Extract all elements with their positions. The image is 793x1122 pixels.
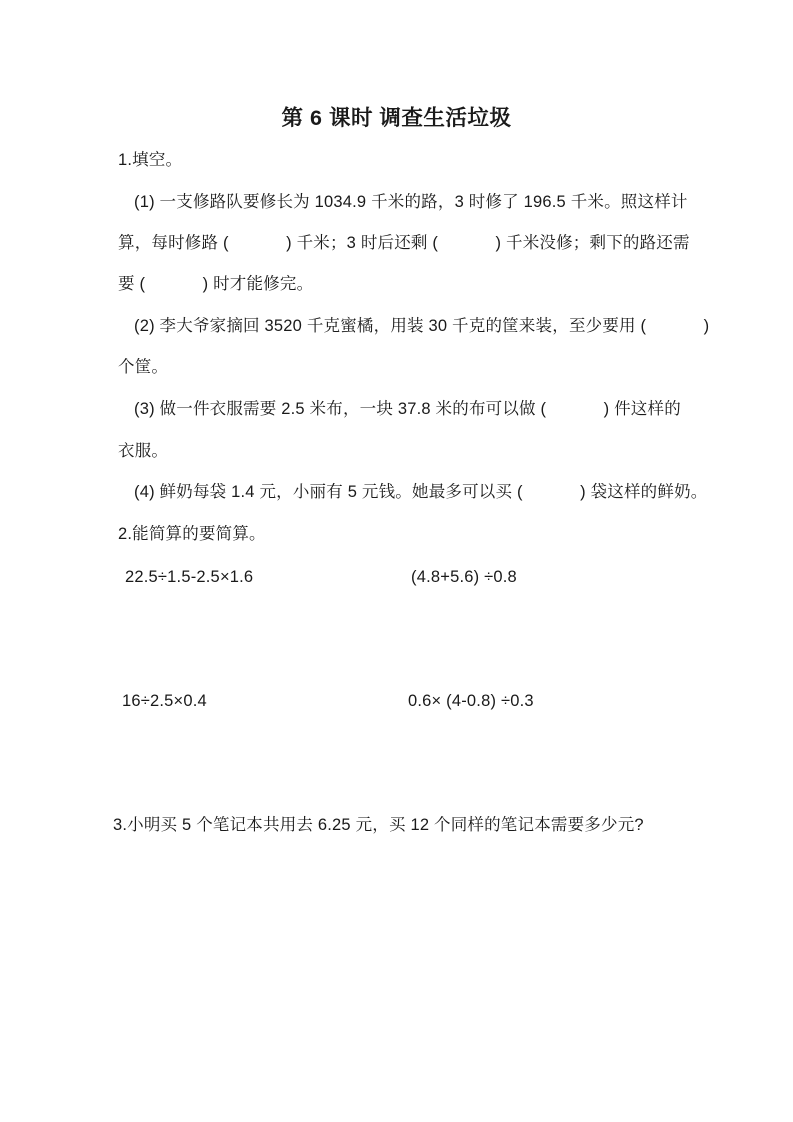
question-2-line-2: 个筐。 xyxy=(118,356,168,378)
section1-heading: 1.填空。 xyxy=(118,149,182,171)
expression-row1-left: 22.5÷1.5-2.5×1.6 xyxy=(125,566,253,588)
question-3-line-1: (3) 做一件衣服需要 2.5 米布，一块 37.8 米的布可以做 ( ) 件这… xyxy=(134,398,681,420)
page-title: 第 6 课时 调查生活垃圾 xyxy=(0,101,793,132)
question-2-line-1: (2) 李大爷家摘回 3520 千克蜜橘，用装 30 千克的筐来装，至少要用 (… xyxy=(134,315,709,337)
section3-heading: 3.小明买 5 个笔记本共用去 6.25 元，买 12 个同样的笔记本需要多少元… xyxy=(113,814,644,836)
section2-heading: 2.能简算的要简算。 xyxy=(118,523,266,545)
question-3-line-2: 衣服。 xyxy=(118,440,168,462)
question-4-line-1: (4) 鲜奶每袋 1.4 元，小丽有 5 元钱。她最多可以买 ( ) 袋这样的鲜… xyxy=(134,481,707,503)
question-1-line-2: 算，每时修路 ( ) 千米；3 时后还剩 ( ) 千米没修；剩下的路还需 xyxy=(118,232,690,254)
expression-row2-left: 16÷2.5×0.4 xyxy=(122,690,207,712)
question-1-line-1: (1) 一支修路队要修长为 1034.9 千米的路，3 时修了 196.5 千米… xyxy=(134,191,688,213)
expression-row2-right: 0.6× (4-0.8) ÷0.3 xyxy=(408,690,534,712)
expression-row1-right: (4.8+5.6) ÷0.8 xyxy=(411,566,517,588)
worksheet-page: 第 6 课时 调查生活垃圾 1.填空。 (1) 一支修路队要修长为 1034.9… xyxy=(0,0,793,1122)
question-1-line-3: 要 ( ) 时才能修完。 xyxy=(118,273,313,295)
